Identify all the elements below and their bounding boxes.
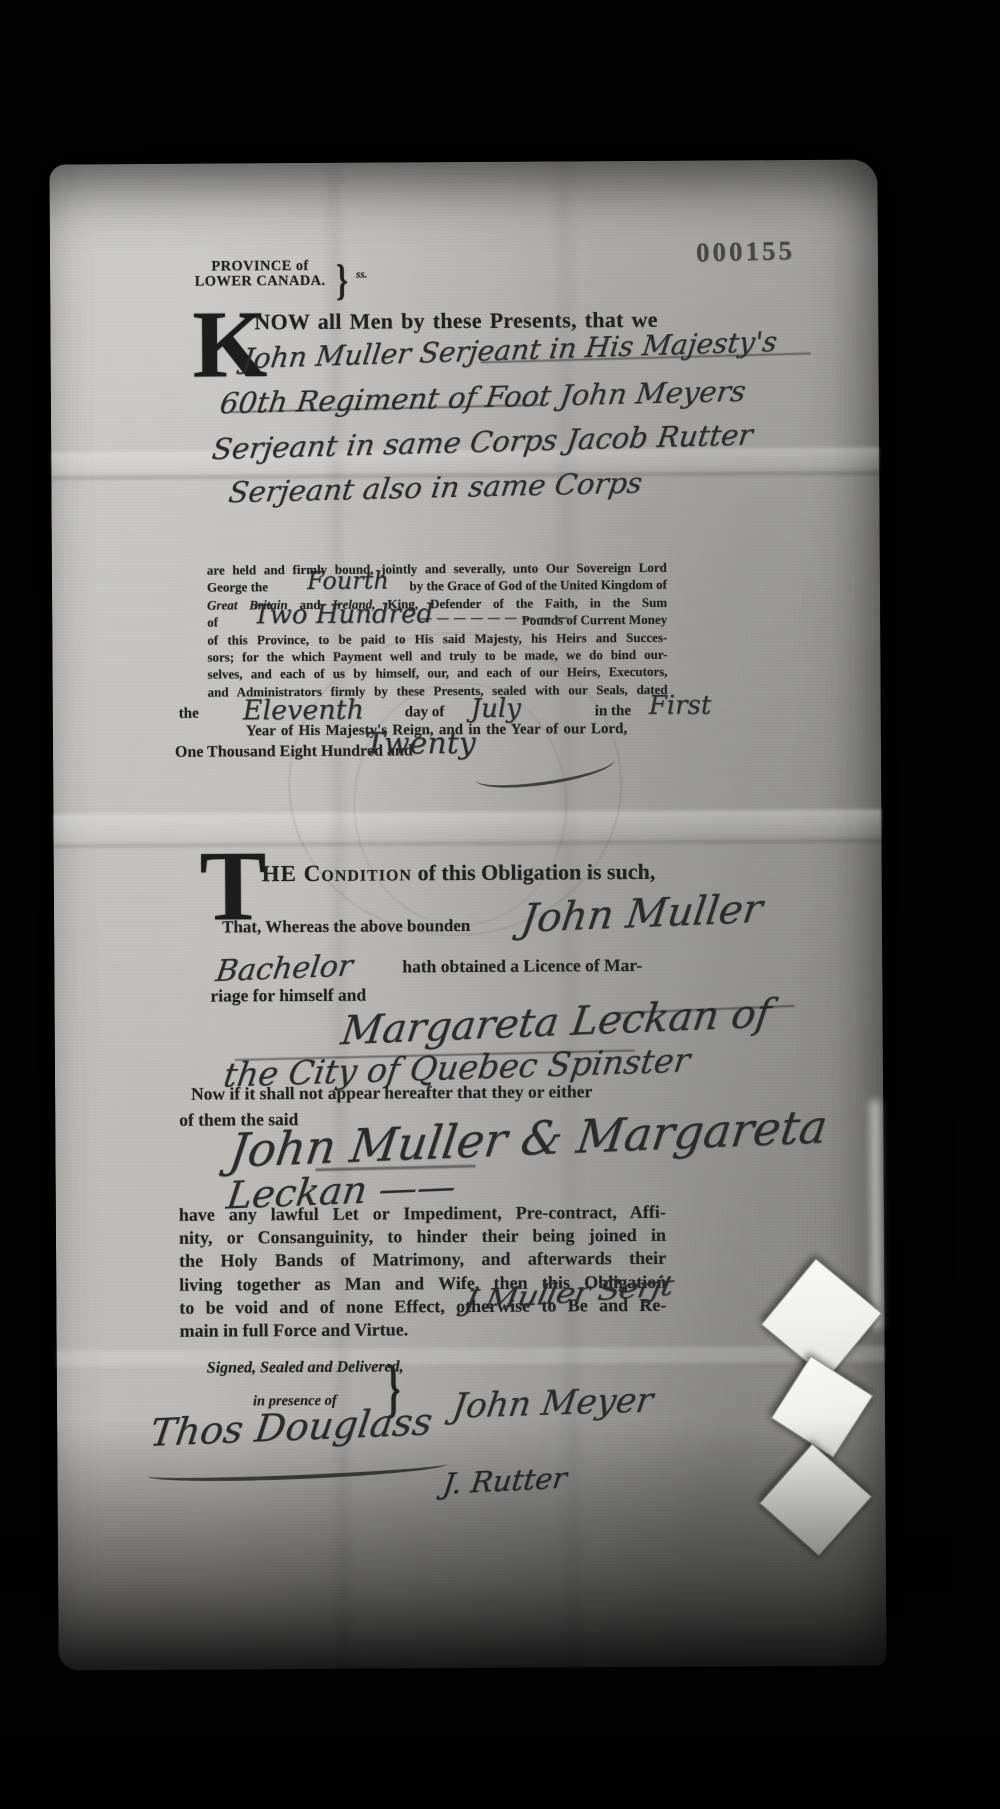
dropcap-t: T: [200, 845, 267, 927]
page-edge-glare: [870, 1099, 881, 1329]
bond-line-monarch: George theFourthby the Grace of God of t…: [207, 576, 667, 596]
scanned-document-photo: PROVINCE of LOWER CANADA. } ss. 000155 K…: [0, 0, 1000, 1809]
jurisdiction-caption: PROVINCE of LOWER CANADA.: [182, 259, 338, 290]
condition-heading-smallcaps: HE Condition: [262, 860, 412, 886]
handwritten-obligor-line: Serjeant also in same Corps: [227, 465, 645, 509]
condition-heading: HE Condition of this Obligation is such,: [262, 859, 656, 887]
bond-text: the: [179, 706, 199, 723]
now-if-text: Now if it shall not appear hereafter tha…: [191, 1081, 592, 1104]
bond-paragraph: are held and firmly bound, jointly and s…: [207, 559, 668, 701]
handwritten-groom-name: John Muller: [518, 886, 765, 942]
licence-text-2: riage for himself and: [210, 985, 366, 1007]
handwritten-day: Eleventh: [243, 695, 364, 727]
bond-line-sum: ofTwo Hundred—————————Pounds of Current …: [207, 611, 667, 631]
bond-text: by the Grace of God of the United Kingdo…: [409, 576, 667, 595]
handwritten-month: July: [471, 694, 521, 724]
bond-text: George the: [207, 579, 268, 597]
handwritten-year: Twenty: [365, 726, 476, 762]
handwritten-obligor-line: 60th Regiment of Foot John Meyers: [218, 374, 748, 420]
fold-crease: [57, 1345, 885, 1366]
handwritten-witness-signature: Thos Douglass: [147, 1399, 435, 1455]
impediment-line: nity, or Consanguinity, to hinder their …: [179, 1224, 666, 1250]
impediment-line: the Holy Bands of Matrimony, and afterwa…: [179, 1247, 666, 1273]
wafer-seal-paper: [771, 1356, 873, 1458]
impediment-line: main in full Force and Virtue.: [179, 1317, 666, 1343]
bond-text: in the: [595, 703, 631, 720]
docket-number: 000155: [696, 235, 796, 268]
handwritten-regnal-year: First: [649, 691, 712, 721]
pen-flourish: [474, 746, 617, 795]
bond-text: of: [207, 614, 218, 631]
handwritten-couple-names: John Muller & Margareta: [226, 1099, 831, 1177]
handwritten-obligor-line: Serjeant in same Corps Jacob Rutter: [210, 418, 755, 467]
handwritten-monarch: Fourth: [307, 573, 389, 591]
wafer-seal-paper: [759, 1443, 872, 1556]
handwritten-signature-meyer: John Meyer: [450, 1380, 656, 1426]
handwritten-signature-rutter: J. Rutter: [441, 1461, 569, 1501]
signed-sealed-label: Signed, Sealed and Delivered,: [207, 1358, 404, 1377]
ss-abbreviation: ss.: [356, 269, 367, 281]
paper-sheet: PROVINCE of LOWER CANADA. } ss. 000155 K…: [49, 159, 886, 1670]
condition-heading-rest: of this Obligation is such,: [417, 859, 655, 885]
wafer-seal-paper: [761, 1258, 882, 1379]
handwritten-sum: Two Hundred: [253, 606, 433, 625]
whereas-text: That, Whereas the above bounden: [222, 916, 470, 938]
signature-underline-flourish: [147, 1455, 447, 1485]
fold-crease: [53, 809, 881, 842]
bond-text: Pounds of Current Money: [522, 611, 667, 629]
impediment-paragraph: have any lawful Let or Impediment, Pre-c…: [179, 1201, 667, 1343]
licence-text: hath obtained a Licence of Mar-: [402, 955, 642, 977]
handwritten-groom-status: Bachelor: [214, 948, 355, 989]
province-line2: LOWER CANADA.: [182, 274, 338, 290]
bond-text: day of: [405, 704, 445, 721]
impediment-line: have any lawful Let or Impediment, Pre-c…: [179, 1201, 666, 1227]
fold-crease-shadow: [54, 839, 882, 847]
brace-glyph: }: [336, 257, 348, 306]
year-row: One Thousand Eight Hundred and Twenty: [175, 739, 595, 782]
